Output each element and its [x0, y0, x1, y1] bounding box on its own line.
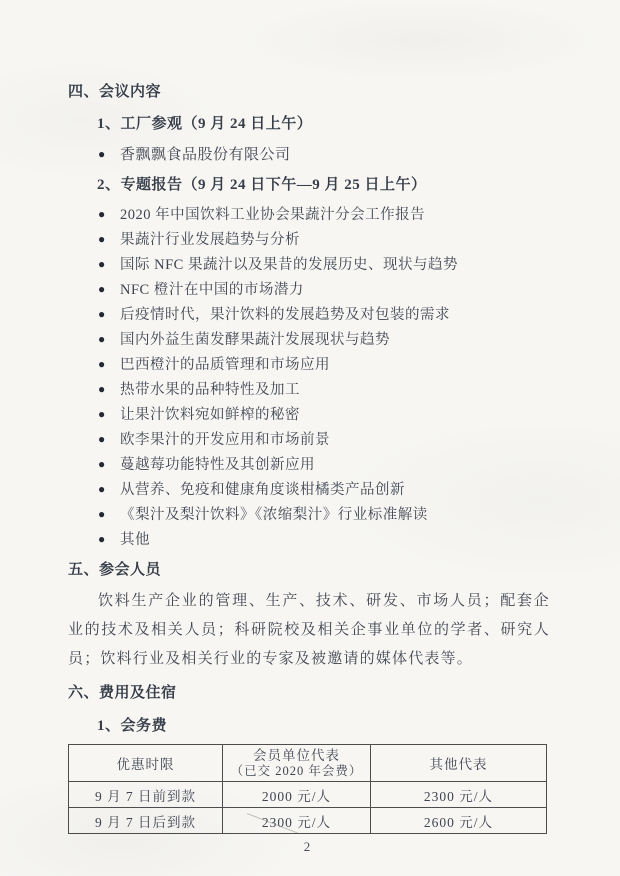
bullet-icon: ●: [98, 402, 120, 427]
fee-table-header-row: 优惠时限 会员单位代表 （已交 2020 年会费） 其他代表: [69, 745, 547, 782]
bullet-text: 后疫情时代，果汁饮料的发展趋势及对包装的需求: [120, 307, 450, 323]
bullet-item: ●从营养、免疫和健康角度谈柑橘类产品创新: [98, 477, 550, 502]
bullet-item: ●《梨汁及梨汁饮料》《浓缩梨汁》行业标准解读: [98, 502, 550, 527]
page-number: 2: [68, 839, 546, 855]
subitem-topic-reports: 2、专题报告（9 月 24 日下午—9 月 25 日上午）: [97, 177, 550, 194]
bullet-text: 让果汁饮料宛如鲜榨的秘密: [120, 407, 300, 423]
table-header-cell: 会员单位代表 （已交 2020 年会费）: [223, 745, 371, 782]
bullet-icon: ●: [98, 327, 120, 352]
bullet-icon: ●: [98, 452, 120, 477]
bullet-text: NFC 橙汁在中国的市场潜力: [120, 282, 304, 298]
header-text: 优惠时限: [117, 757, 175, 772]
bullet-item: ●蔓越莓功能特性及其创新应用: [98, 452, 550, 477]
bullet-icon: ●: [98, 252, 120, 277]
table-row: 9 月 7 日前到款 2000 元/人 2300 元/人: [69, 782, 547, 808]
table-row: 9 月 7 日后到款 2300 元/人 2600 元/人: [69, 808, 547, 834]
bullet-icon: ●: [98, 302, 120, 327]
bullet-item: ●热带水果的品种特性及加工: [98, 377, 550, 402]
document-page: 四、会议内容 1、工厂参观（9 月 24 日上午） ●香飘飘食品股份有限公司 2…: [0, 0, 620, 876]
bullet-icon: ●: [98, 146, 120, 163]
bullet-item: ●NFC 橙汁在中国的市场潜力: [98, 277, 550, 302]
bullet-icon: ●: [98, 227, 120, 252]
subitem-conference-fee: 1、会务费: [97, 718, 550, 735]
bullet-item: ●国内外益生菌发酵果蔬汁发展现状与趋势: [98, 327, 550, 352]
table-cell: 2300 元/人: [223, 808, 371, 834]
header-text: 会员单位代表: [223, 748, 370, 764]
bullet-text: 从营养、免疫和健康角度谈柑橘类产品创新: [120, 482, 405, 498]
table-header-cell: 其他代表: [371, 745, 547, 782]
bullet-text: 香飘飘食品股份有限公司: [120, 147, 291, 163]
fee-table: 优惠时限 会员单位代表 （已交 2020 年会费） 其他代表 9 月 7 日前到…: [68, 744, 547, 834]
section-heading-participants: 五、参会人员: [68, 562, 550, 579]
bullet-text: 其他: [120, 532, 150, 548]
bullet-item: ●欧李果汁的开发应用和市场前景: [98, 427, 550, 452]
bullet-icon: ●: [98, 477, 120, 502]
section-heading-meeting-content: 四、会议内容: [68, 84, 550, 101]
bullet-text: 巴西橙汁的品质管理和市场应用: [120, 357, 330, 373]
bullet-icon: ●: [98, 502, 120, 527]
section-heading-fees: 六、费用及住宿: [68, 685, 550, 702]
bullet-text: 欧李果汁的开发应用和市场前景: [120, 432, 330, 448]
table-cell: 2600 元/人: [371, 808, 547, 834]
topic-report-list: ●2020 年中国饮料工业协会果蔬汁分会工作报告 ●果蔬汁行业发展趋势与分析 ●…: [98, 202, 550, 552]
bullet-icon: ●: [98, 277, 120, 302]
bullet-item: ●2020 年中国饮料工业协会果蔬汁分会工作报告: [98, 202, 550, 227]
bullet-icon: ●: [98, 352, 120, 377]
bullet-text: 国际 NFC 果蔬汁以及果昔的发展历史、现状与趋势: [120, 257, 458, 273]
bullet-item: ●巴西橙汁的品质管理和市场应用: [98, 352, 550, 377]
header-text: 其他代表: [430, 757, 488, 772]
document-content: 四、会议内容 1、工厂参观（9 月 24 日上午） ●香飘飘食品股份有限公司 2…: [68, 84, 550, 855]
bullet-text: 热带水果的品种特性及加工: [120, 382, 300, 398]
bullet-icon: ●: [98, 527, 120, 552]
table-cell: 2000 元/人: [223, 782, 371, 808]
table-header-cell: 优惠时限: [69, 745, 223, 782]
bullet-text: 果蔬汁行业发展趋势与分析: [120, 232, 300, 248]
bullet-text: 国内外益生菌发酵果蔬汁发展现状与趋势: [120, 332, 390, 348]
bullet-item: ●国际 NFC 果蔬汁以及果昔的发展历史、现状与趋势: [98, 252, 550, 277]
bullet-item: ●其他: [98, 527, 550, 552]
table-cell: 9 月 7 日前到款: [69, 782, 223, 808]
bullet-item: ●香飘飘食品股份有限公司: [98, 146, 550, 164]
table-cell: 2300 元/人: [371, 782, 547, 808]
bullet-text: 2020 年中国饮料工业协会果蔬汁分会工作报告: [120, 207, 425, 223]
bullet-icon: ●: [98, 377, 120, 402]
bullet-text: 蔓越莓功能特性及其创新应用: [120, 457, 315, 473]
bullet-text: 《梨汁及梨汁饮料》《浓缩梨汁》行业标准解读: [120, 507, 428, 523]
bullet-item: ●后疫情时代，果汁饮料的发展趋势及对包装的需求: [98, 302, 550, 327]
bullet-item: ●果蔬汁行业发展趋势与分析: [98, 227, 550, 252]
participants-paragraph: 饮料生产企业的管理、生产、技术、研发、市场人员；配套企业的技术及相关人员；科研院…: [68, 587, 550, 674]
subitem-factory-tour: 1、工厂参观（9 月 24 日上午）: [97, 116, 550, 133]
table-cell: 9 月 7 日后到款: [69, 808, 223, 834]
bullet-icon: ●: [98, 427, 120, 452]
header-note: （已交 2020 年会费）: [223, 764, 370, 779]
bullet-icon: ●: [98, 202, 120, 227]
bullet-item: ●让果汁饮料宛如鲜榨的秘密: [98, 402, 550, 427]
